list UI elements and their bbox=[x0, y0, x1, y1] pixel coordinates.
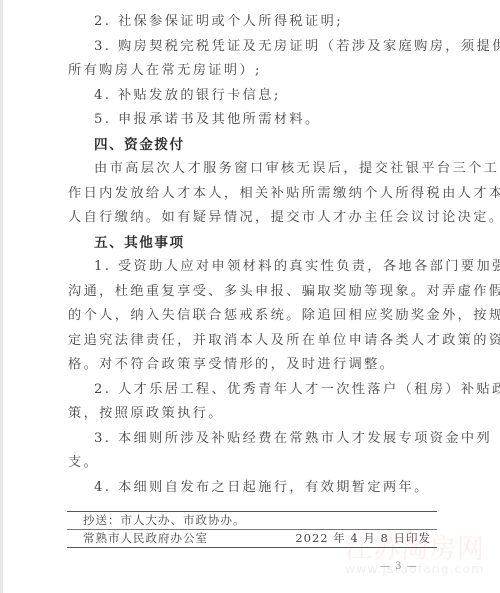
section-5-item-1-line: 的个人，纳入失信联合惩戒系统。除追回相应奖励奖金外，按规 bbox=[68, 304, 436, 329]
section-5-item-1-line: 1. 受资助人应对申领材料的真实性负责，各地各部门要加强 bbox=[68, 255, 436, 280]
materials-item-3: 3. 购房契税完税凭证及无房证明（若涉及家庭购房，须提供 bbox=[68, 35, 436, 60]
section-5-item-2-line: 2. 人才乐居工程、优秀青年人才一次性落户（租房）补贴政 bbox=[68, 378, 436, 403]
materials-item-4: 4. 补贴发放的银行卡信息; bbox=[68, 84, 436, 109]
section-5-item-3-line: 3. 本细则所涉及补贴经费在常熟市人才发展专项资金中列 bbox=[68, 427, 436, 452]
cc-text: 抄送：市人大办、市政协办。 bbox=[83, 512, 246, 529]
section-5-item-1-line: 格。对不符合政策享受情形的，及时进行调整。 bbox=[68, 353, 436, 378]
materials-item-2: 2. 社保参保证明或个人所得税证明; bbox=[68, 10, 436, 35]
materials-item-5: 5. 申报承诺书及其他所需材料。 bbox=[68, 108, 436, 133]
section-5-item-1-line: 沟通，杜绝重复享受、多头申报、骗取奖励等现象。对弄虚作假 bbox=[68, 280, 436, 305]
page-left-edge bbox=[0, 0, 3, 593]
section-4-paragraph-line: 由市高层次人才服务窗口审核无误后，提交社银平台三个工 bbox=[68, 157, 436, 182]
page-number: — 3 — bbox=[380, 561, 418, 572]
section-5-item-4-line: 4. 本细则自发布之日起施行，有效期暂定两年。 bbox=[68, 476, 436, 501]
section-5-item-2-line: 策，按照原政策执行。 bbox=[68, 402, 436, 427]
section-5-item-3-line: 支。 bbox=[68, 451, 436, 476]
issuer-name: 常熟市人民政府办公室 bbox=[83, 530, 208, 547]
section-4-paragraph-line: 人自行缴纳。如有疑异情况，提交市人才办主任会议讨论决定。 bbox=[68, 206, 436, 231]
document-page: 2. 社保参保证明或个人所得税证明; 3. 购房契税完税凭证及无房证明（若涉及家… bbox=[68, 10, 436, 500]
materials-item-3-continued: 所有购房人在常无房证明）; bbox=[68, 59, 436, 84]
section-4-paragraph-line: 作日内发放给人才本人，相关补贴所需缴纳个人所得税由人才本 bbox=[68, 182, 436, 207]
section-5-item-1-line: 定追究法律责任，并取消本人及所在单位申请各类人才政策的资 bbox=[68, 329, 436, 354]
section-4-heading: 四、资金拨付 bbox=[68, 133, 436, 158]
section-5-heading: 五、其他事项 bbox=[68, 231, 436, 256]
